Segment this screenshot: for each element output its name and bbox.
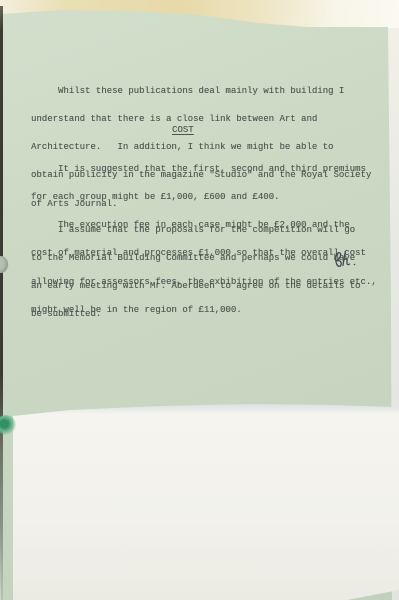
text-line: for each group might be £1,000, £600 and… (31, 193, 377, 202)
text-line: to the Memorial Building Committee and p… (31, 254, 360, 263)
text-line: I assume that the proposals for the comp… (31, 226, 360, 235)
typed-paragraph-proposals: I assume that the proposals for the comp… (31, 207, 360, 339)
text-line: It is suggested that the first, second a… (31, 165, 377, 174)
handwritten-initials (330, 248, 362, 272)
cost-heading: COST (172, 126, 194, 135)
text-line: be submitted. (31, 310, 360, 319)
scan-left-edge (0, 6, 3, 600)
text-line: an early meeting with Mr. Aberdeen to ag… (31, 282, 360, 291)
text-line: understand that there is a close link be… (31, 115, 371, 124)
scanned-document: Whilst these publications deal mainly wi… (0, 0, 399, 600)
text-line: Whilst these publications deal mainly wi… (31, 87, 371, 96)
